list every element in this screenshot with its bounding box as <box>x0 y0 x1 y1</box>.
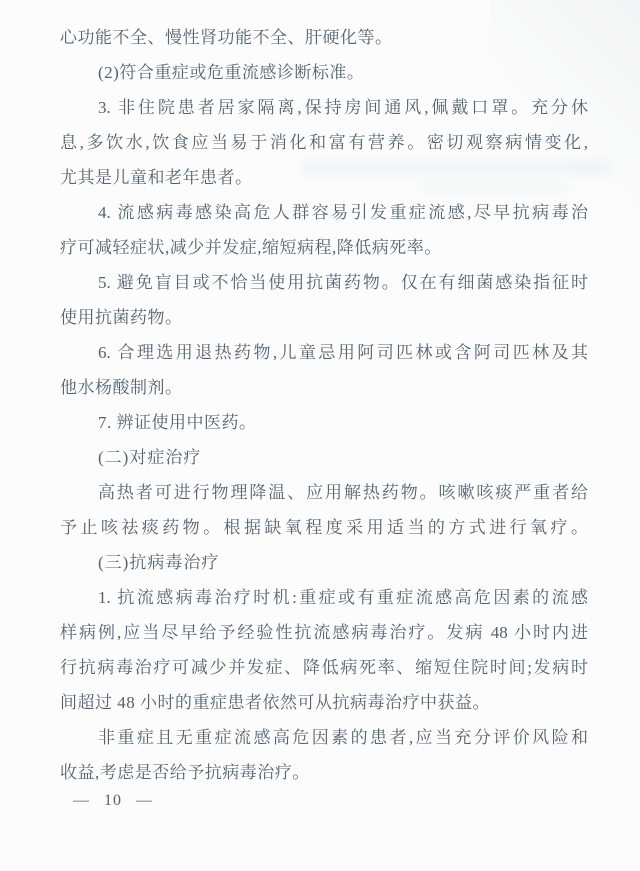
text-line: 4. 流感病毒感染高危人群容易引发重症流感,尽早抗病毒治 <box>60 195 588 230</box>
text-line: 7. 辨证使用中医药。 <box>60 405 588 440</box>
text-line: 他水杨酸制剂。 <box>60 370 588 405</box>
text-line: 5. 避免盲目或不恰当使用抗菌药物。仅在有细菌感染指征时 <box>60 265 588 300</box>
text-line: 使用抗菌药物。 <box>60 300 588 335</box>
text-line: 息,多饮水,饮食应当易于消化和富有营养。密切观察病情变化, <box>60 125 588 160</box>
section-heading: (三)抗病毒治疗 <box>60 545 588 580</box>
text-line: 尤其是儿童和老年患者。 <box>60 160 588 195</box>
text-line: 间超过 48 小时的重症患者依然可从抗病毒治疗中获益。 <box>60 685 588 720</box>
text-line: 非重症且无重症流感高危因素的患者,应当充分评价风险和 <box>60 720 588 755</box>
text-line: 高热者可进行物理降温、应用解热药物。咳嗽咳痰严重者给 <box>60 475 588 510</box>
scanned-document-page: 心功能不全、慢性肾功能不全、肝硬化等。(2)符合重症或危重流感诊断标准。3. 非… <box>0 0 640 871</box>
text-line: 收益,考虑是否给予抗病毒治疗。 <box>60 755 588 790</box>
text-line: 行抗病毒治疗可减少并发症、降低病死率、缩短住院时间;发病时 <box>60 650 588 685</box>
text-line: 1. 抗流感病毒治疗时机:重症或有重症流感高危因素的流感 <box>60 580 588 615</box>
text-line: 疗可减轻症状,减少并发症,缩短病程,降低病死率。 <box>60 230 588 265</box>
section-heading: (二)对症治疗 <box>60 440 588 475</box>
page-number: — 10 — <box>73 789 153 813</box>
text-line: (2)符合重症或危重流感诊断标准。 <box>60 55 588 90</box>
document-text: 心功能不全、慢性肾功能不全、肝硬化等。(2)符合重症或危重流感诊断标准。3. 非… <box>60 20 588 790</box>
text-line: 样病例,应当尽早给予经验性抗流感病毒治疗。发病 48 小时内进 <box>60 615 588 650</box>
text-line: 予止咳祛痰药物。根据缺氧程度采用适当的方式进行氧疗。 <box>60 510 588 545</box>
text-line: 3. 非住院患者居家隔离,保持房间通风,佩戴口罩。充分休 <box>60 90 588 125</box>
text-line: 心功能不全、慢性肾功能不全、肝硬化等。 <box>60 20 588 55</box>
text-line: 6. 合理选用退热药物,儿童忌用阿司匹林或含阿司匹林及其 <box>60 335 588 370</box>
